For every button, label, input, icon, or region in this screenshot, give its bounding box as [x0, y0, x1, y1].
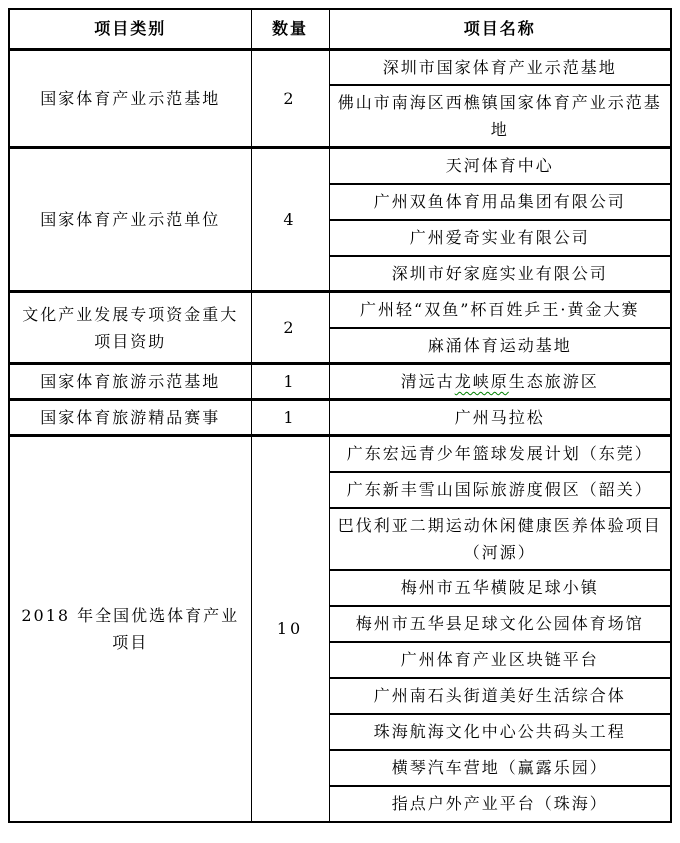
project-cell: 巴伐利亚二期运动休闲健康医养体验项目（河源）: [329, 508, 671, 570]
project-cell: 广州爱奇实业有限公司: [329, 220, 671, 256]
project-cell: 珠海航海文化中心公共码头工程: [329, 714, 671, 750]
category-cell: 文化产业发展专项资金重大项目资助: [9, 292, 251, 364]
project-cell: 天河体育中心: [329, 148, 671, 184]
project-cell: 广东宏远青少年篮球发展计划（东莞）: [329, 436, 671, 472]
count-cell: 1: [251, 364, 329, 400]
category-cell: 国家体育产业示范基地: [9, 49, 251, 148]
category-cell: 2018 年全国优选体育产业项目: [9, 436, 251, 822]
project-cell: 佛山市南海区西樵镇国家体育产业示范基地: [329, 85, 671, 148]
table-row: 国家体育产业示范单位4天河体育中心: [9, 148, 671, 184]
table-row: 国家体育旅游示范基地1清远古龙峡原生态旅游区: [9, 364, 671, 400]
category-cell: 国家体育旅游精品赛事: [9, 400, 251, 436]
table-row: 文化产业发展专项资金重大项目资助2广州轻“双鱼”杯百姓乒王·黄金大赛: [9, 292, 671, 328]
header-count: 数量: [251, 9, 329, 49]
table-row: 国家体育产业示范基地2深圳市国家体育产业示范基地: [9, 49, 671, 85]
project-cell: 梅州市五华横陂足球小镇: [329, 570, 671, 606]
project-cell: 麻涌体育运动基地: [329, 328, 671, 364]
count-cell: 2: [251, 49, 329, 148]
project-cell: 梅州市五华县足球文化公园体育场馆: [329, 606, 671, 642]
project-cell: 广州马拉松: [329, 400, 671, 436]
table-row: 2018 年全国优选体育产业项目10广东宏远青少年篮球发展计划（东莞）: [9, 436, 671, 472]
project-cell: 清远古龙峡原生态旅游区: [329, 364, 671, 400]
header-category: 项目类别: [9, 9, 251, 49]
project-cell: 深圳市国家体育产业示范基地: [329, 49, 671, 85]
project-cell: 广东新丰雪山国际旅游度假区（韶关）: [329, 472, 671, 508]
category-cell: 国家体育产业示范单位: [9, 148, 251, 292]
document-page: 项目类别 数量 项目名称 国家体育产业示范基地2深圳市国家体育产业示范基地佛山市…: [0, 0, 680, 843]
count-cell: 10: [251, 436, 329, 822]
table-row: 国家体育旅游精品赛事1广州马拉松: [9, 400, 671, 436]
project-cell: 指点户外产业平台（珠海）: [329, 786, 671, 822]
project-cell: 广州体育产业区块链平台: [329, 642, 671, 678]
project-cell: 广州双鱼体育用品集团有限公司: [329, 184, 671, 220]
project-cell: 深圳市好家庭实业有限公司: [329, 256, 671, 292]
count-cell: 2: [251, 292, 329, 364]
category-cell: 国家体育旅游示范基地: [9, 364, 251, 400]
header-project-name: 项目名称: [329, 9, 671, 49]
project-cell: 横琴汽车营地（赢露乐园）: [329, 750, 671, 786]
project-cell: 广州轻“双鱼”杯百姓乒王·黄金大赛: [329, 292, 671, 328]
count-cell: 4: [251, 148, 329, 292]
count-cell: 1: [251, 400, 329, 436]
spellcheck-underline: 龙峡原: [455, 372, 509, 391]
header-row: 项目类别 数量 项目名称: [9, 9, 671, 49]
projects-table: 项目类别 数量 项目名称 国家体育产业示范基地2深圳市国家体育产业示范基地佛山市…: [8, 8, 672, 823]
project-cell: 广州南石头街道美好生活综合体: [329, 678, 671, 714]
